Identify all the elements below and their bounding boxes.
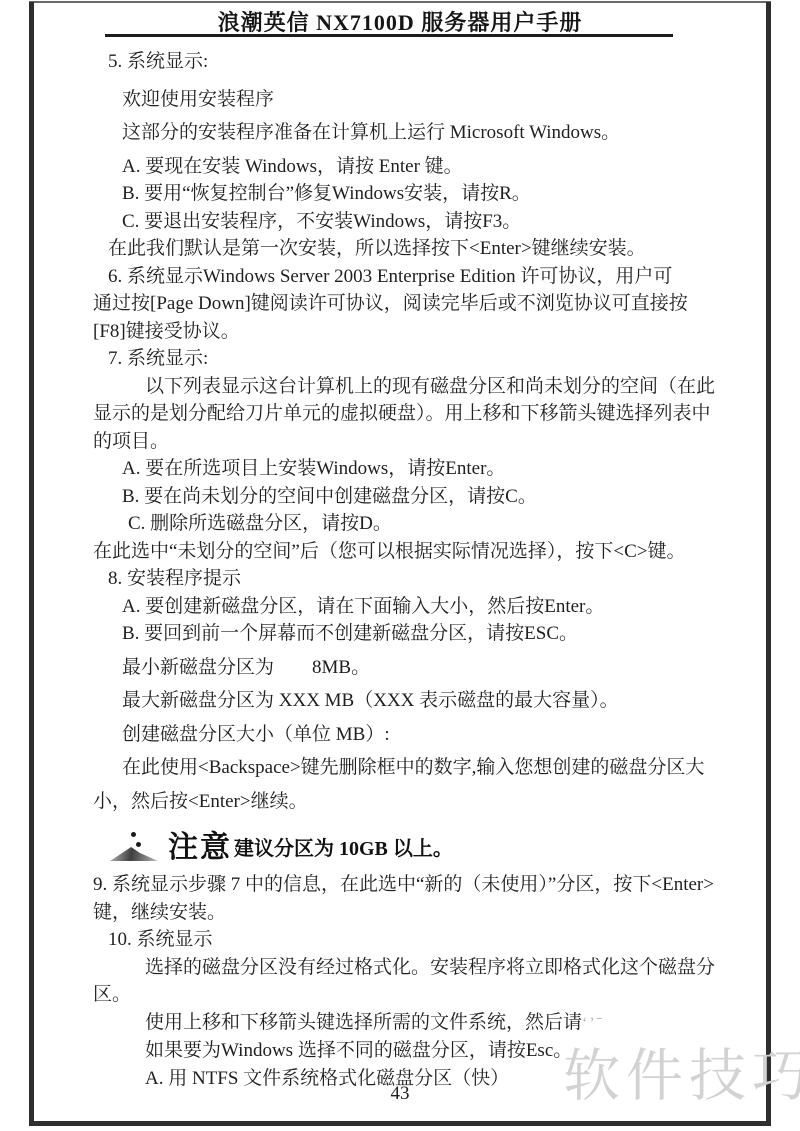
text-line: 在此我们默认是第一次安装，所以选择按下<Enter>键继续安装。	[108, 235, 742, 263]
document-body: 5. 系统显示:欢迎使用安装程序这部分的安装程序准备在计算机上运行 Micros…	[0, 48, 800, 1092]
text-line: A. 要创建新磁盘分区，请在下面输入大小，然后按Enter。	[122, 593, 742, 621]
text-line: C. 要退出安装程序，不安装Windows，请按F3。	[122, 208, 742, 236]
text-line-content: 这部分的安装程序准备在计算机上运行 Microsoft Windows。	[122, 122, 620, 143]
text-line: 5. 系统显示:	[108, 48, 742, 76]
text-line-content: 键，继续安装。	[93, 902, 226, 923]
text-line-content: 小，然后按<Enter>继续。	[93, 791, 308, 812]
text-line: B. 要在尚未划分的空间中创建磁盘分区，请按C。	[122, 483, 742, 511]
text-line-content: B. 要用“恢复控制台”修复Windows安装，请按R。	[122, 183, 531, 204]
page-title: 浪潮英信 NX7100D 服务器用户手册	[0, 6, 800, 37]
text-line-content: 6. 系统显示Windows Server 2003 Enterprise Ed…	[108, 266, 672, 287]
text-line: A. 要现在安装 Windows，请按 Enter 键。	[122, 153, 742, 181]
text-line: 键，继续安装。	[93, 899, 742, 927]
text-line-content: 欢迎使用安装程序	[122, 89, 274, 110]
text-line: 通过按[Page Down]键阅读许可协议，阅读完毕后或不浏览协议可直接按	[93, 290, 742, 318]
text-line-content: C. 要退出安装程序，不安装Windows，请按F3。	[122, 211, 521, 232]
text-line-content: 在此选中“未划分的空间”后（您可以根据实际情况选择），按下<C>键。	[93, 541, 685, 562]
text-line-content: 最小新磁盘分区为 8MB。	[122, 657, 370, 678]
text-line: [F8]键接受协议。	[93, 318, 742, 346]
text-line-content: 选择的磁盘分区没有经过格式化。安装程序将立即格式化这个磁盘分	[145, 957, 715, 978]
text-line: 区。	[93, 981, 742, 1009]
text-line: 欢迎使用安装程序	[122, 86, 742, 114]
text-line-content: 在此使用<Backspace>键先删除框中的数字,输入您想创建的磁盘分区大	[122, 757, 704, 778]
faded-text-artifact: ‘’ˉ	[582, 1015, 604, 1032]
text-line-content: 区。	[93, 984, 131, 1005]
text-line: 9. 系统显示步骤 7 中的信息，在此选中“新的（未使用）”分区，按下<Ente…	[93, 871, 742, 899]
page-header: 浪潮英信 NX7100D 服务器用户手册	[0, 6, 800, 37]
text-line-content: B. 要回到前一个屏幕而不创建新磁盘分区，请按ESC。	[122, 623, 578, 644]
text-line-content: 5. 系统显示:	[108, 51, 208, 72]
text-line: 选择的磁盘分区没有经过格式化。安装程序将立即格式化这个磁盘分	[145, 954, 742, 982]
text-line-content: 在此我们默认是第一次安装，所以选择按下<Enter>键继续安装。	[108, 238, 646, 259]
header-rule	[105, 34, 673, 37]
text-line-content: 通过按[Page Down]键阅读许可协议，阅读完毕后或不浏览协议可直接按	[93, 293, 688, 314]
text-line-content: A. 要创建新磁盘分区，请在下面输入大小，然后按Enter。	[122, 596, 604, 617]
attention-icon	[110, 829, 160, 863]
text-line: 7. 系统显示:	[108, 345, 742, 373]
text-line: B. 要回到前一个屏幕而不创建新磁盘分区，请按ESC。	[122, 620, 742, 648]
text-line-content: 7. 系统显示:	[108, 348, 208, 369]
text-line-content: B. 要在尚未划分的空间中创建磁盘分区，请按C。	[122, 486, 537, 507]
text-line: 以下列表显示这台计算机上的现有磁盘分区和尚未划分的空间（在此	[145, 373, 742, 401]
text-line-content: 9. 系统显示步骤 7 中的信息，在此选中“新的（未使用）”分区，按下<Ente…	[93, 874, 714, 895]
note-label: 注意	[168, 833, 232, 863]
text-line-content: [F8]键接受协议。	[93, 321, 240, 342]
text-line: 10. 系统显示	[108, 926, 742, 954]
note-block: 注意 建议分区为 10GB 以上。	[110, 821, 742, 863]
text-line-content: C. 删除所选磁盘分区，请按D。	[128, 513, 392, 534]
text-line-content: 10. 系统显示	[108, 929, 213, 950]
text-line: 8. 安装程序提示	[108, 565, 742, 593]
text-line: 的项目。	[93, 428, 742, 456]
text-line-content: 显示的是划分配给刀片单元的虚拟硬盘）。用上移和下移箭头键选择列表中	[93, 403, 711, 424]
page-border-top	[29, 1, 771, 3]
text-line: 最大新磁盘分区为 XXX MB（XXX 表示磁盘的最大容量）。	[122, 687, 742, 715]
text-line-content: 如果要为Windows 选择不同的磁盘分区，请按Esc。	[145, 1040, 572, 1061]
text-line-content: A. 要现在安装 Windows，请按 Enter 键。	[122, 156, 463, 177]
manual-page: 浪潮英信 NX7100D 服务器用户手册 5. 系统显示:欢迎使用安装程序这部分…	[0, 0, 800, 1131]
text-line: 在此选中“未划分的空间”后（您可以根据实际情况选择），按下<C>键。	[93, 538, 742, 566]
text-line-content: 的项目。	[93, 431, 169, 452]
text-line-content: 创建磁盘分区大小（单位 MB）:	[122, 724, 390, 745]
text-line-content: 最大新磁盘分区为 XXX MB（XXX 表示磁盘的最大容量）。	[122, 690, 619, 711]
text-line: 创建磁盘分区大小（单位 MB）:	[122, 721, 742, 749]
watermark: 软件技巧	[563, 1030, 800, 1112]
text-line: 显示的是划分配给刀片单元的虚拟硬盘）。用上移和下移箭头键选择列表中	[93, 400, 742, 428]
text-line: 小，然后按<Enter>继续。	[93, 788, 742, 816]
text-line: 最小新磁盘分区为 8MB。	[122, 654, 742, 682]
text-line: C. 删除所选磁盘分区，请按D。	[128, 510, 742, 538]
text-line-content: 以下列表显示这台计算机上的现有磁盘分区和尚未划分的空间（在此	[145, 376, 715, 397]
text-line-content: 使用上移和下移箭头键选择所需的文件系统，然后请	[145, 1012, 582, 1033]
text-line: 这部分的安装程序准备在计算机上运行 Microsoft Windows。	[122, 119, 742, 147]
text-line: B. 要用“恢复控制台”修复Windows安装，请按R。	[122, 180, 742, 208]
section-steps-5-8: 5. 系统显示:欢迎使用安装程序这部分的安装程序准备在计算机上运行 Micros…	[93, 48, 742, 815]
text-line: A. 要在所选项目上安装Windows，请按Enter。	[122, 455, 742, 483]
note-text: 建议分区为 10GB 以上。	[234, 832, 453, 863]
text-line-content: A. 要在所选项目上安装Windows，请按Enter。	[122, 458, 505, 479]
text-line: 在此使用<Backspace>键先删除框中的数字,输入您想创建的磁盘分区大	[122, 754, 742, 782]
page-border-bottom	[29, 1121, 771, 1126]
text-line-content: 8. 安装程序提示	[108, 568, 241, 589]
text-line: 6. 系统显示Windows Server 2003 Enterprise Ed…	[108, 263, 742, 291]
